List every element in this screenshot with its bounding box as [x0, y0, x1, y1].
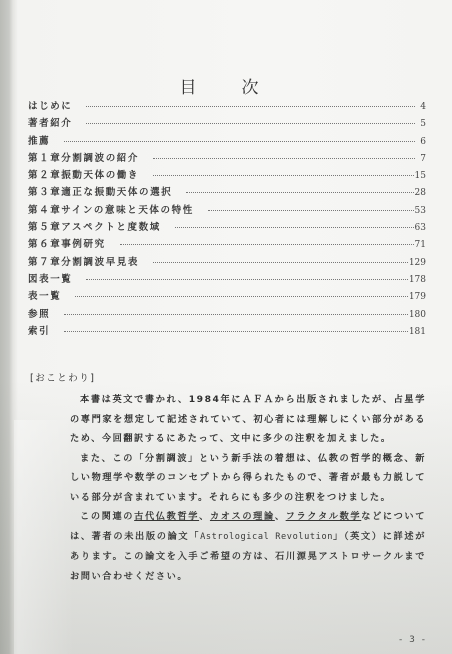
toc-entry-page: 179	[409, 292, 426, 302]
underlined-term: カオスの理論	[210, 511, 275, 522]
book-page: 目 次 はじめに4 著者紹介5 推薦6 第１章分割調波の紹介7 第２章振動天体の…	[0, 0, 452, 654]
toc-entry: 図表一覧178	[28, 271, 426, 288]
toc-entry: 第３章適正な振動天体の選択28	[28, 184, 426, 201]
toc-entry: 索引181	[28, 323, 426, 340]
toc-entry: 推薦6	[28, 133, 426, 150]
toc-entry: 第７章分割調波早見表129	[28, 254, 426, 271]
paper-title: Astrological Revolution	[200, 532, 333, 542]
toc-entry-page: 71	[415, 240, 426, 250]
toc-entry-label: 著者紹介	[28, 115, 72, 129]
paragraph: この関連の古代仏教哲学、カオスの理論、フラクタル数学などについては、著者の未出版…	[70, 507, 426, 586]
disclaimer-heading: [おことわり]	[30, 370, 430, 384]
toc-entry: 表一覧179	[28, 288, 426, 305]
toc-entry-label: 第３章適正な振動天体の選択	[28, 184, 172, 198]
toc-entry: 参照180	[28, 306, 426, 323]
toc-entry-label: 第１章分割調波の紹介	[28, 150, 139, 164]
toc-entry-page: 181	[409, 327, 426, 337]
toc-entry: 第５章アスペクトと度数域63	[28, 219, 426, 236]
toc-entry-page: 63	[415, 223, 426, 233]
leader-dots	[64, 331, 408, 332]
toc-entry-label: 第７章分割調波早見表	[28, 254, 139, 268]
toc-entry-label: 第６章事例研究	[28, 236, 106, 250]
toc-entry-page: 178	[409, 275, 426, 285]
toc-entry-label: 索引	[28, 323, 50, 337]
toc-entry-page: 129	[409, 258, 426, 268]
underlined-term: フラクタル数学	[286, 511, 362, 522]
leader-dots	[75, 296, 408, 297]
leader-dots	[86, 106, 415, 107]
toc-entry-page: 53	[415, 206, 426, 216]
toc-entry: 第２章振動天体の働き15	[28, 167, 426, 184]
toc-title: 目 次	[0, 73, 452, 98]
toc-entry: はじめに4	[28, 98, 426, 115]
toc-entry-page: 7	[416, 154, 426, 164]
paragraph: 本書は英文で書かれ、1984年にＡＦＡから出版されましたが、占星学の専門家を想定…	[70, 390, 426, 449]
toc-entry-page: 180	[409, 310, 426, 320]
leader-dots	[86, 123, 415, 124]
page-number: - 3 -	[399, 635, 427, 645]
toc-entry-label: 表一覧	[28, 288, 61, 302]
disclaimer-section: [おことわり] 本書は英文で書かれ、1984年にＡＦＡから出版されましたが、占星…	[30, 370, 430, 586]
leader-dots	[120, 244, 414, 245]
toc-entry-page: 15	[415, 171, 426, 181]
text-span: 、	[275, 511, 286, 522]
table-of-contents: はじめに4 著者紹介5 推薦6 第１章分割調波の紹介7 第２章振動天体の働き15…	[28, 98, 426, 340]
toc-entry: 著者紹介5	[28, 115, 426, 132]
leader-dots	[208, 210, 414, 211]
leader-dots	[64, 314, 408, 315]
disclaimer-body: 本書は英文で書かれ、1984年にＡＦＡから出版されましたが、占星学の専門家を想定…	[70, 390, 426, 586]
leader-dots	[186, 192, 413, 193]
leader-dots	[153, 158, 415, 159]
text-span: 、	[199, 511, 210, 522]
toc-entry-page: 4	[416, 102, 426, 112]
toc-entry: 第４章サインの意味と天体の特性53	[28, 202, 426, 219]
toc-entry-label: 推薦	[28, 133, 50, 147]
leader-dots	[86, 279, 407, 280]
toc-entry-label: 第２章振動天体の働き	[28, 167, 139, 181]
toc-entry-label: 第４章サインの意味と天体の特性	[28, 202, 194, 216]
toc-entry-label: はじめに	[28, 98, 72, 112]
text-span: この関連の	[80, 511, 134, 522]
toc-entry: 第１章分割調波の紹介7	[28, 150, 426, 167]
toc-entry-label: 第５章アスペクトと度数域	[28, 219, 161, 233]
underlined-term: 古代仏教哲学	[134, 511, 199, 522]
toc-entry-page: 6	[416, 137, 426, 147]
leader-dots	[153, 262, 408, 263]
toc-entry-label: 参照	[28, 306, 50, 320]
toc-entry-label: 図表一覧	[28, 271, 72, 285]
leader-dots	[153, 175, 414, 176]
toc-entry: 第６章事例研究71	[28, 236, 426, 253]
leader-dots	[64, 141, 415, 142]
paragraph: また、この「分割調波」という新手法の着想は、仏教の哲学的概念、新しい物理学や数学…	[70, 449, 426, 508]
leader-dots	[175, 227, 414, 228]
toc-entry-page: 28	[415, 188, 426, 198]
toc-entry-page: 5	[416, 119, 426, 129]
